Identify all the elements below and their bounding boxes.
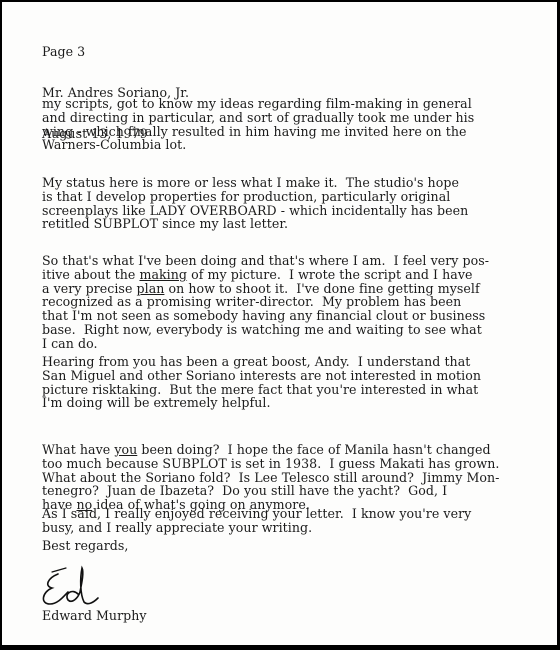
paragraph: Hearing from you has been a great boost,… [42, 355, 481, 410]
text-line: a very precise plan on how to shoot it. … [42, 282, 489, 296]
closing: Best regards, [42, 539, 128, 553]
text-line: My status here is more or less what I ma… [42, 176, 468, 190]
underlined-word: you [114, 442, 137, 457]
text-line: base. Right now, everybody is watching m… [42, 323, 489, 337]
text-line: As I said, I really enjoyed receiving yo… [42, 507, 471, 521]
text-line: I can do. [42, 337, 489, 351]
text-line: my scripts, got to know my ideas regardi… [42, 97, 474, 111]
text-line: So that's what I've been doing and that'… [42, 254, 489, 268]
text-line: retitled SUBPLOT since my last letter. [42, 217, 468, 231]
page-number: Page 3 [42, 45, 189, 59]
paragraph: My status here is more or less what I ma… [42, 176, 468, 231]
paragraph: So that's what I've been doing and that'… [42, 254, 489, 351]
paragraph: What have you been doing? I hope the fac… [42, 443, 500, 512]
paragraph: As I said, I really enjoyed receiving yo… [42, 507, 471, 535]
underlined-word: making [139, 267, 187, 282]
text-line: What have you been doing? I hope the fac… [42, 443, 500, 457]
text-line: busy, and I really appreciate your writi… [42, 521, 471, 535]
text-line: screenplays like LADY OVERBOARD - which … [42, 204, 468, 218]
text-line: wing - which finally resulted in him hav… [42, 125, 474, 139]
signer-name: Edward Murphy [42, 609, 147, 623]
underlined-word: plan [137, 281, 165, 296]
text-line: San Miguel and other Soriano interests a… [42, 369, 481, 383]
paragraph: my scripts, got to know my ideas regardi… [42, 97, 474, 152]
text-line: I'm doing will be extremely helpful. [42, 396, 481, 410]
letter-page: Page 3 Mr. Andres Soriano, Jr. August 13… [2, 2, 557, 645]
text-line: is that I develop properties for product… [42, 190, 468, 204]
text-line: Warners-Columbia lot. [42, 138, 474, 152]
text-line: What about the Soriano fold? Is Lee Tele… [42, 471, 500, 485]
text-line: recognized as a promising writer-directo… [42, 295, 489, 309]
text-line: tenegro? Juan de Ibazeta? Do you still h… [42, 484, 500, 498]
text-line: too much because SUBPLOT is set in 1938.… [42, 457, 500, 471]
text-line: picture risktaking. But the mere fact th… [42, 383, 481, 397]
text-line: Hearing from you has been a great boost,… [42, 355, 481, 369]
signature [38, 564, 108, 612]
text-line: that I'm not seen as somebody having any… [42, 309, 489, 323]
text-line: and directing in particular, and sort of… [42, 111, 474, 125]
text-line: itive about the making of my picture. I … [42, 268, 489, 282]
